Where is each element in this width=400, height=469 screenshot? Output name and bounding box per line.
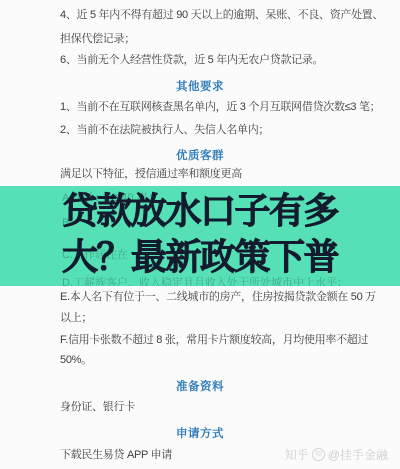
- watermark-brand: 知乎: [285, 446, 309, 463]
- section-title-materials: 准备资料: [0, 378, 400, 394]
- quality-item-e-line2: 以上；: [60, 311, 92, 325]
- other-req-item-2: 2、当前不在法院被执行人、失信人名单内；: [60, 123, 269, 137]
- article-screenshot: 4、近 5 年内不得有超过 90 天以上的逾期、呆账、不良、资产处置、 担保代偿…: [0, 0, 400, 469]
- apply-method-item: 下载民生易贷 APP 申请: [60, 448, 172, 462]
- quality-intro: 满足以下特征，授信通过率和额度更高: [60, 167, 242, 181]
- banner-headline-line2: 大？最新政策下普: [0, 239, 400, 275]
- zhihu-watermark: 知乎 知 @挂手金融: [285, 446, 388, 463]
- section-title-apply-method: 申请方式: [0, 425, 400, 441]
- materials-item: 身份证、银行卡: [60, 400, 135, 414]
- quality-item-f-line2: 50%。: [60, 353, 92, 367]
- quality-item-e-line1: E.本人名下有位于一、二线城市的房产，住房按揭贷款金额在 50 万: [60, 290, 376, 304]
- rule-item-4-line2: 担保代偿记录；: [60, 32, 135, 46]
- headline-banner: A.年龄：22-40 岁； B. C.工作居住在一 D.工薪族客户，收入稳定且月…: [0, 186, 400, 286]
- section-title-other-requirements: 其他要求: [0, 78, 400, 94]
- section-title-quality-customers: 优质客群: [0, 147, 400, 163]
- rule-item-4-line1: 4、近 5 年内不得有超过 90 天以上的逾期、呆账、不良、资产处置、: [60, 8, 383, 22]
- quality-item-f-line1: F.信用卡张数不超过 8 张，常用卡片额度较高，月均使用率不超过: [60, 333, 368, 347]
- other-req-item-1: 1、当前不在互联网核查黑名单内，近 3 个月互联网借贷次数≤3 笔；: [60, 100, 380, 114]
- rule-item-6: 6、当前无个人经营性贷款，近 5 年内无农户贷款记录。: [60, 53, 323, 67]
- banner-headline-line1: 贷款放水口子有多: [0, 193, 400, 229]
- zhihu-logo-icon: 知: [312, 448, 325, 461]
- watermark-handle: @挂手金融: [328, 446, 388, 463]
